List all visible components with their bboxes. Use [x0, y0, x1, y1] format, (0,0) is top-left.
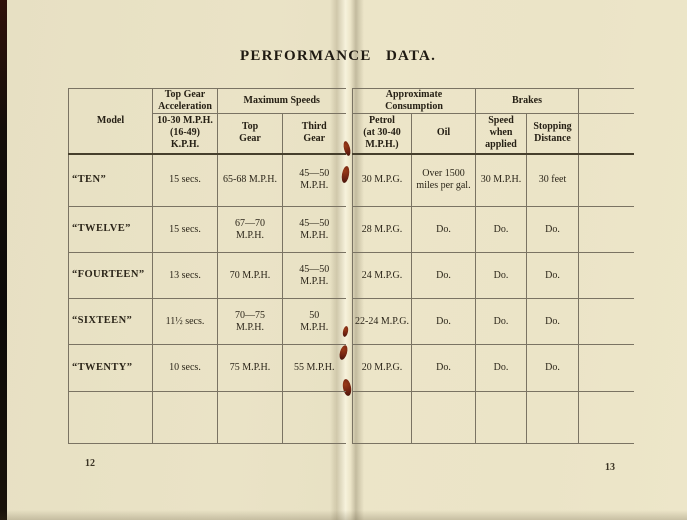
header-petrol: Petrol (at 30-40 M.P.H.) [353, 114, 412, 154]
oil-cell: Over 1500 miles per gal. [412, 154, 476, 207]
header-blank [579, 89, 634, 114]
blank-cell [69, 392, 153, 444]
third-gear-cell: 45—50 M.P.H. [283, 253, 346, 299]
blank-cell [412, 392, 476, 444]
bottom-shadow [0, 510, 687, 520]
header-group-row: Approximate Consumption Brakes [353, 89, 634, 114]
petrol-cell: 20 M.P.G. [353, 345, 412, 392]
blank-cell [579, 392, 634, 444]
petrol-cell: 28 M.P.G. [353, 207, 412, 253]
table-row: 22-24 M.P.G. Do. Do. Do. [353, 299, 634, 345]
performance-table-left: Model Top Gear Acceleration Maximum Spee… [68, 88, 346, 444]
top-gear-cell: 75 M.P.H. [218, 345, 283, 392]
oil-cell: Do. [412, 299, 476, 345]
acceleration-cell: 15 secs. [153, 154, 218, 207]
header-stopping-distance: Stopping Distance [527, 114, 579, 154]
model-cell: “SIXTEEN” [69, 299, 153, 345]
speed-applied-cell: Do. [476, 253, 527, 299]
header-top-gear: Top Gear [218, 114, 283, 154]
stopping-distance-cell: 30 feet [527, 154, 579, 207]
stopping-distance-cell: Do. [527, 207, 579, 253]
top-gear-cell: 67—70 M.P.H. [218, 207, 283, 253]
top-gear-cell: 65-68 M.P.H. [218, 154, 283, 207]
table-row: “TWELVE” 15 secs. 67—70 M.P.H. 45—50 M.P… [69, 207, 346, 253]
empty-table-row [353, 392, 634, 444]
header-brakes: Brakes [476, 89, 579, 114]
stopping-distance-cell: Do. [527, 299, 579, 345]
model-cell: “TWENTY” [69, 345, 153, 392]
blank-cell [579, 207, 634, 253]
acceleration-cell: 15 secs. [153, 207, 218, 253]
header-sub-row: Petrol (at 30-40 M.P.H.) Oil Speed when … [353, 114, 634, 154]
table-row: “FOURTEEN” 13 secs. 70 M.P.H. 45—50 M.P.… [69, 253, 346, 299]
header-accel-range: 10-30 M.P.H. (16-49) K.P.H. [153, 114, 218, 154]
title-word-data: DATA. [386, 48, 436, 65]
third-gear-cell: 45—50 M.P.H. [283, 154, 346, 207]
table-row: “TEN” 15 secs. 65-68 M.P.H. 45—50 M.P.H. [69, 154, 346, 207]
third-gear-cell: 50 M.P.H. [283, 299, 346, 345]
blank-cell [579, 345, 634, 392]
oil-cell: Do. [412, 207, 476, 253]
petrol-cell: 24 M.P.G. [353, 253, 412, 299]
table-row: “TWENTY” 10 secs. 75 M.P.H. 55 M.P.H. [69, 345, 346, 392]
title-word-performance: PERFORMANCE [240, 48, 372, 65]
petrol-cell: 22-24 M.P.G. [353, 299, 412, 345]
table-row: 30 M.P.G. Over 1500 miles per gal. 30 M.… [353, 154, 634, 207]
header-group-row: Model Top Gear Acceleration Maximum Spee… [69, 89, 346, 114]
blank-cell [579, 253, 634, 299]
table-row: 28 M.P.G. Do. Do. Do. [353, 207, 634, 253]
top-gear-cell: 70—75 M.P.H. [218, 299, 283, 345]
header-approximate-consumption: Approximate Consumption [353, 89, 476, 114]
page-number-left: 12 [85, 458, 95, 469]
blank-cell [218, 392, 283, 444]
header-oil: Oil [412, 114, 476, 154]
oil-cell: Do. [412, 345, 476, 392]
table-row: “SIXTEEN” 11½ secs. 70—75 M.P.H. 50 M.P.… [69, 299, 346, 345]
third-gear-cell: 45—50 M.P.H. [283, 207, 346, 253]
header-top-gear-acceleration: Top Gear Acceleration [153, 89, 218, 114]
oil-cell: Do. [412, 253, 476, 299]
header-maximum-speeds: Maximum Speeds [218, 89, 346, 114]
blank-cell [476, 392, 527, 444]
header-speed-when-applied: Speed when applied [476, 114, 527, 154]
third-gear-cell: 55 M.P.H. [283, 345, 346, 392]
speed-applied-cell: Do. [476, 345, 527, 392]
performance-table-right: Approximate Consumption Brakes Petrol (a… [352, 88, 634, 444]
header-model: Model [69, 89, 153, 154]
blank-cell [579, 154, 634, 207]
blank-cell [353, 392, 412, 444]
speed-applied-cell: Do. [476, 207, 527, 253]
blank-cell [579, 299, 634, 345]
table-row: 24 M.P.G. Do. Do. Do. [353, 253, 634, 299]
acceleration-cell: 11½ secs. [153, 299, 218, 345]
page-title: PERFORMANCE DATA. [0, 48, 687, 68]
acceleration-cell: 10 secs. [153, 345, 218, 392]
page-number-right: 13 [605, 462, 615, 473]
photo-edge [0, 0, 7, 520]
empty-table-row [69, 392, 346, 444]
header-blank [579, 114, 634, 154]
model-cell: “TWELVE” [69, 207, 153, 253]
table-row: 20 M.P.G. Do. Do. Do. [353, 345, 634, 392]
stopping-distance-cell: Do. [527, 345, 579, 392]
blank-cell [153, 392, 218, 444]
model-cell: “TEN” [69, 154, 153, 207]
speed-applied-cell: 30 M.P.H. [476, 154, 527, 207]
header-third-gear: Third Gear [283, 114, 346, 154]
blank-cell [283, 392, 346, 444]
book-spread: PERFORMANCE DATA. Model Top Gear Acceler… [0, 0, 687, 520]
acceleration-cell: 13 secs. [153, 253, 218, 299]
petrol-cell: 30 M.P.G. [353, 154, 412, 207]
stopping-distance-cell: Do. [527, 253, 579, 299]
speed-applied-cell: Do. [476, 299, 527, 345]
top-gear-cell: 70 M.P.H. [218, 253, 283, 299]
blank-cell [527, 392, 579, 444]
model-cell: “FOURTEEN” [69, 253, 153, 299]
